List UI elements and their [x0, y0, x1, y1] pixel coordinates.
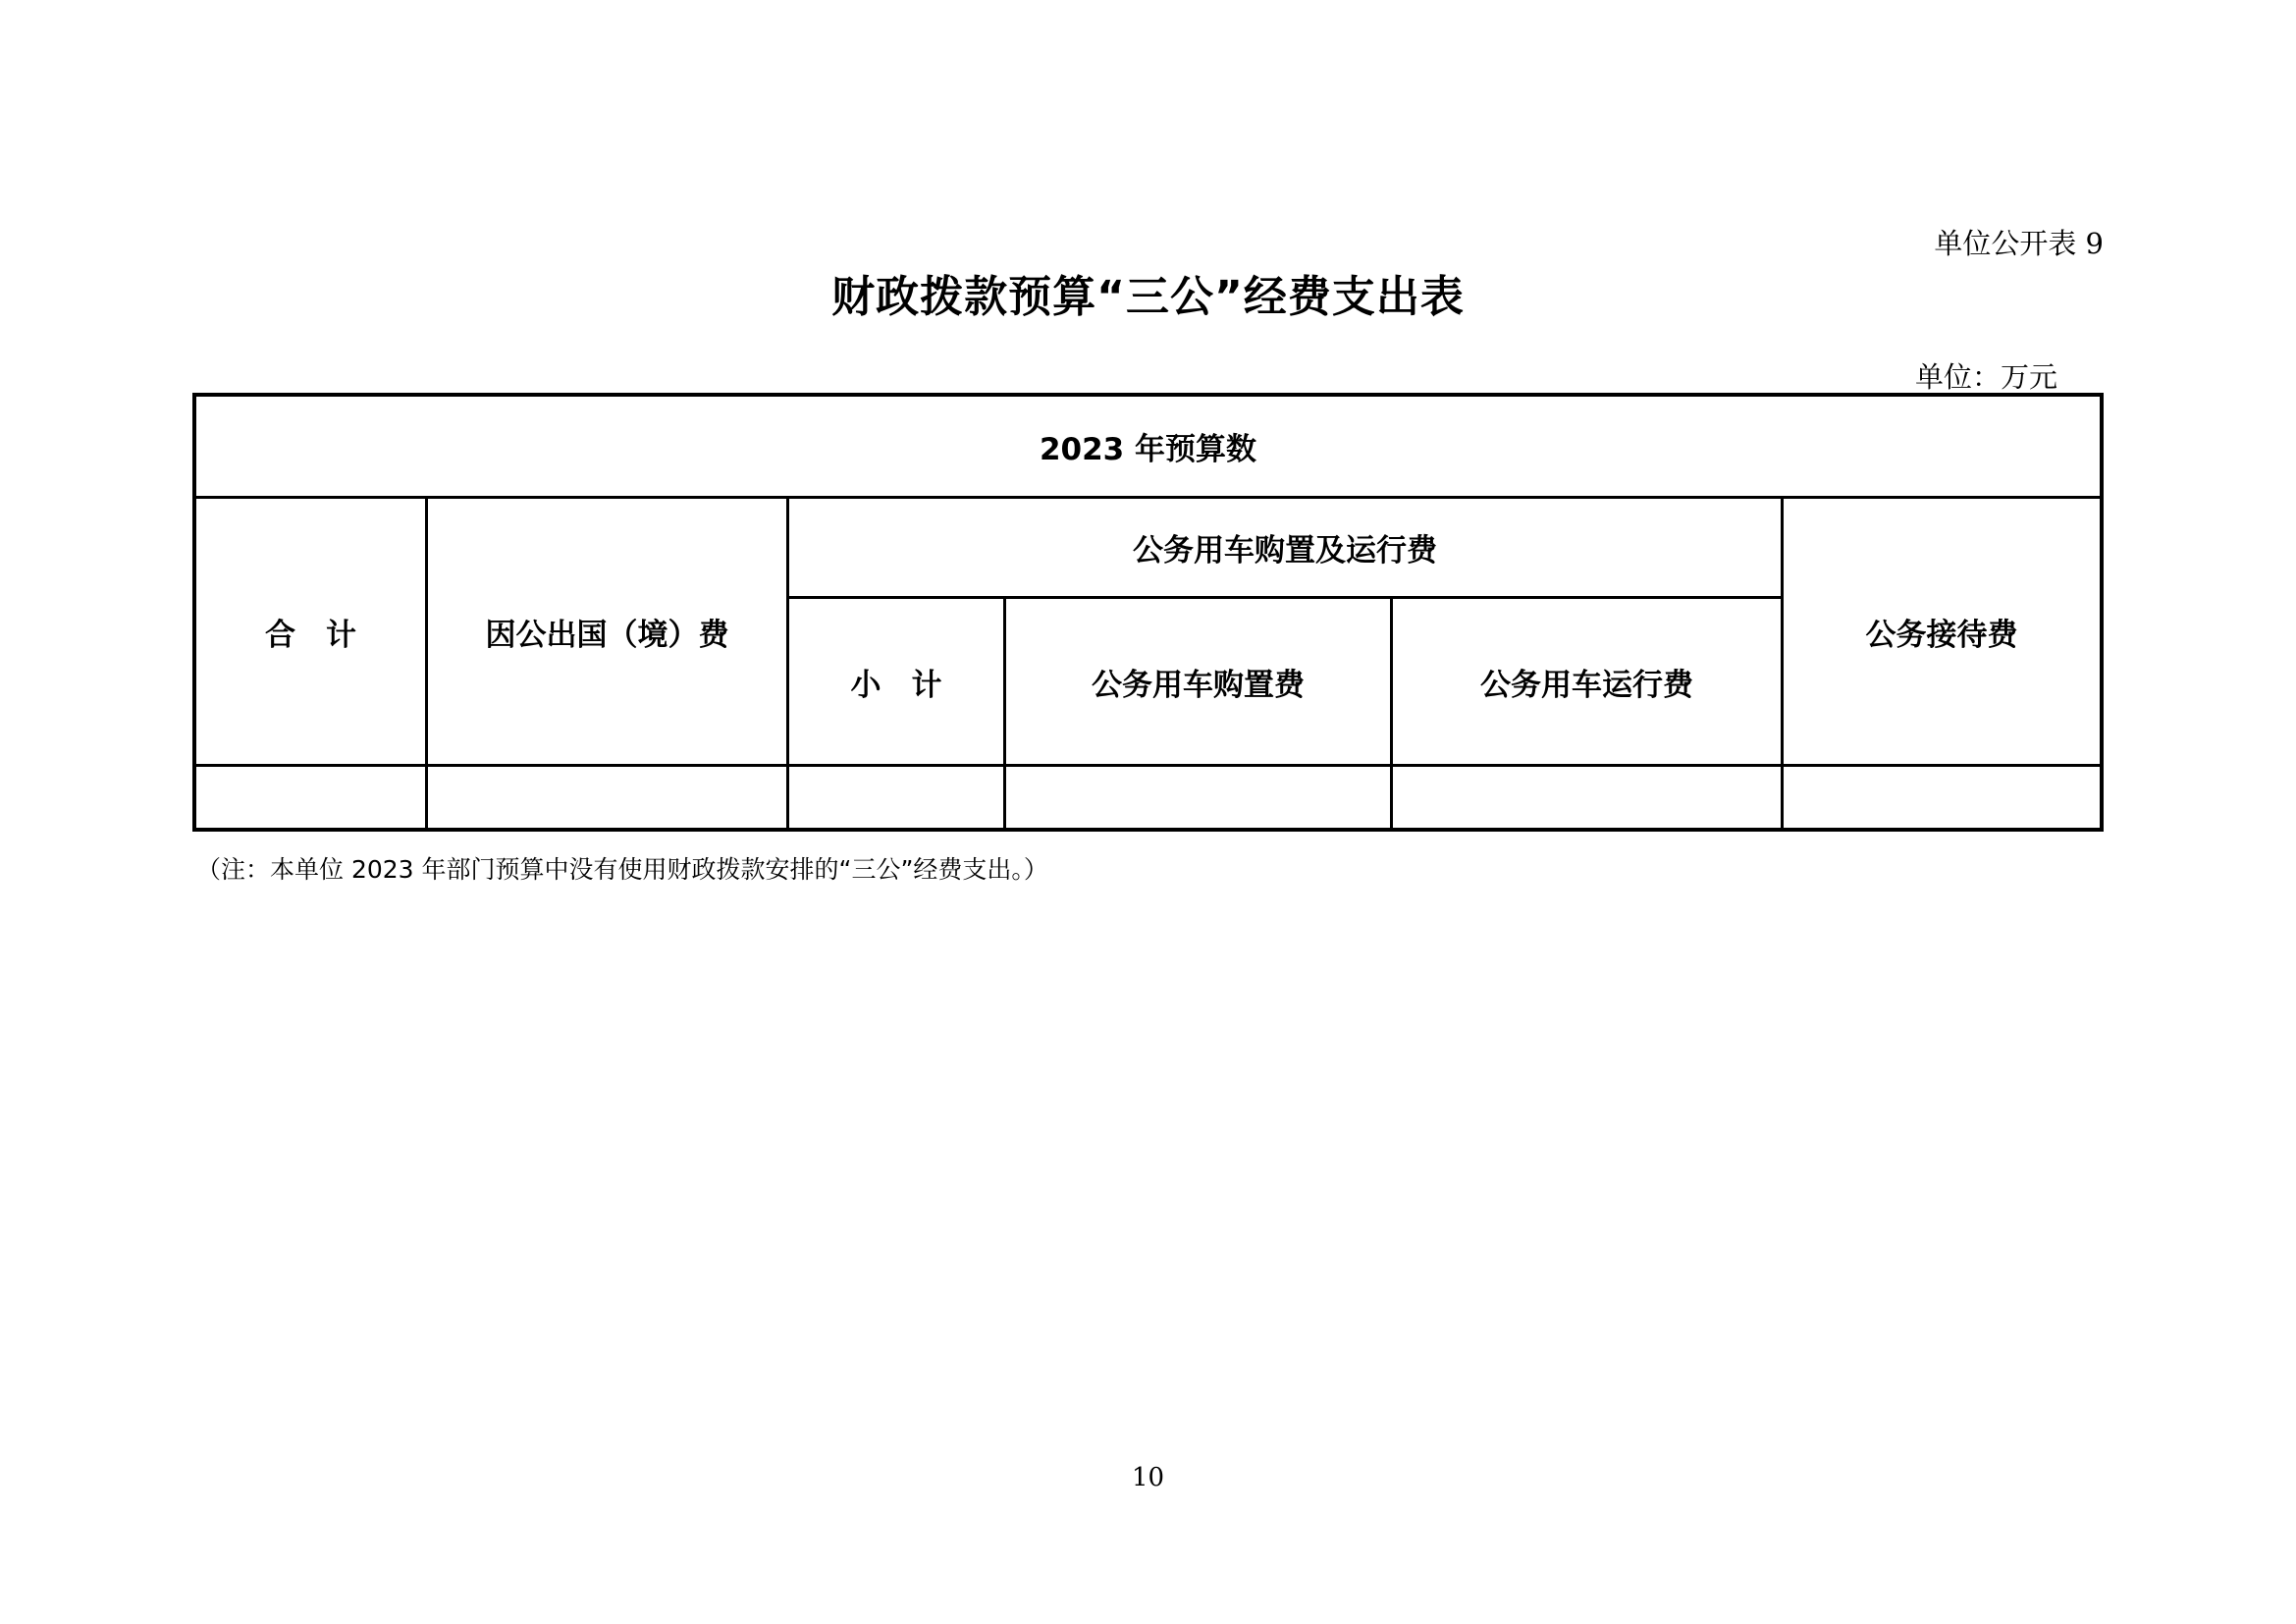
cell-vehicle-purchase [1006, 767, 1390, 828]
cell-total [196, 767, 425, 828]
header-reception: 公务接待费 [1784, 499, 2100, 764]
unit-label: 单位：万元 [1915, 355, 2057, 396]
cell-vehicle-operation [1393, 767, 1781, 828]
page-number: 10 [0, 1463, 2296, 1492]
header-total: 合 计 [196, 499, 425, 764]
header-budget-year: 2023 年预算数 [196, 397, 2100, 496]
header-overseas: 因公出国（境）费 [428, 499, 786, 764]
table-label: 单位公开表 9 [1934, 222, 2104, 262]
three-public-expenses-table: 2023 年预算数 合 计 因公出国（境）费 公务用车购置及运行费 小 计 公务… [192, 393, 2104, 832]
header-vehicle-subtotal: 小 计 [789, 599, 1003, 764]
header-vehicle-purchase: 公务用车购置费 [1006, 599, 1390, 764]
cell-overseas [428, 767, 786, 828]
cell-reception [1784, 767, 2100, 828]
header-vehicle-group: 公务用车购置及运行费 [789, 499, 1781, 596]
cell-vehicle-subtotal [789, 767, 1003, 828]
table-note: （注：本单位 2023 年部门预算中没有使用财政拨款安排的“三公”经费支出。） [196, 850, 1048, 886]
page-title: 财政拨款预算“三公”经费支出表 [0, 261, 2296, 324]
header-vehicle-operation: 公务用车运行费 [1393, 599, 1781, 764]
